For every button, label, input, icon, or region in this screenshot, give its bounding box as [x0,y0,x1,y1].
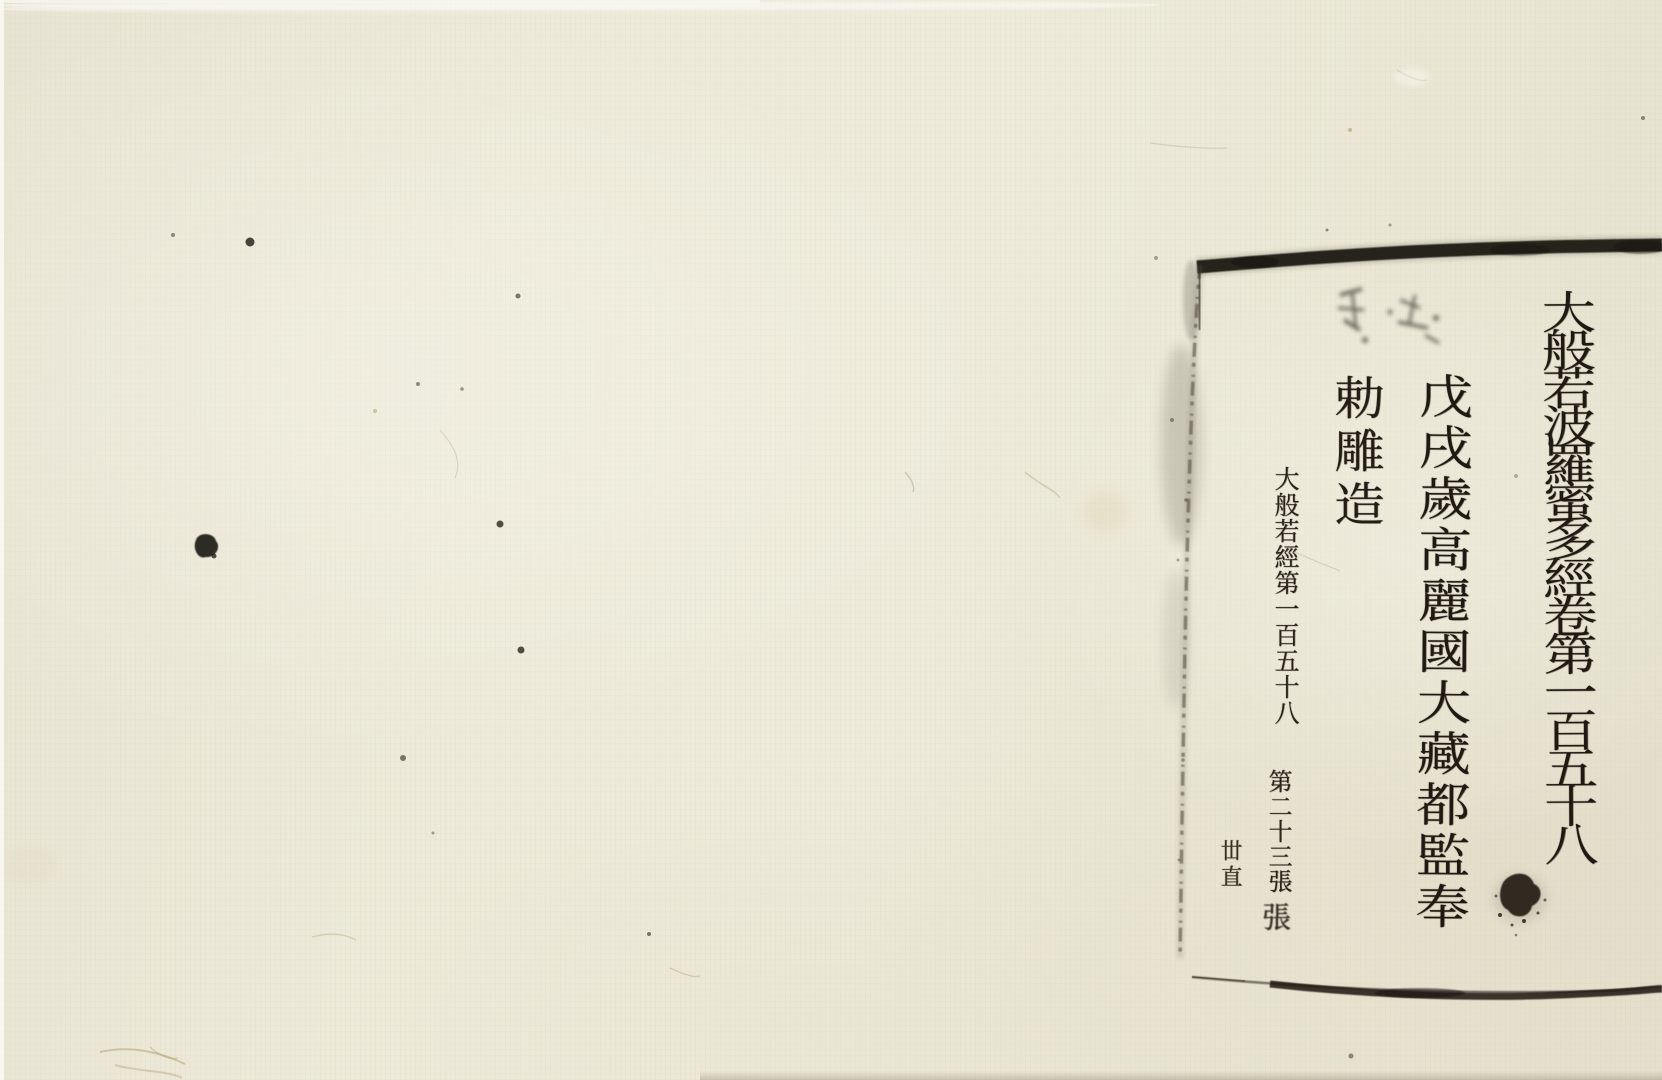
colophon-small-title-column: 大般若經第一百五十八 [1272,466,1297,726]
frame-top-border [1197,240,1662,268]
ink-drop [195,534,218,558]
sheet-number-column: 第二十三張 [1265,769,1289,894]
scan-edge-top [0,0,760,3]
frame-bottom-border [1192,977,1662,998]
colophon-title-column: 大般若波羅蜜多經卷第一百五十八 [1536,289,1593,859]
ink-blob [1494,874,1547,937]
colophon-date-place-column: 戊戌歲高麗國大藏都監奉 [1410,372,1468,933]
carver-mark: 丗直 [1219,839,1241,891]
scan-edge-bottom [700,1071,1662,1080]
stamp-smudge [1338,289,1439,343]
paper-sheet: 大般若波羅蜜多經卷第一百五十八 戊戌歲高麗國大藏都監奉 勅雕造 大般若經第一百五… [0,0,1662,1080]
paper-stains [4,68,1430,883]
repeated-character: 張 [1259,902,1288,931]
frame-left-border [1154,256,1201,958]
paper-fibers [100,70,1427,1078]
scan-edge-left [0,0,4,1080]
colophon-edict-column: 勅雕造 [1330,374,1381,533]
